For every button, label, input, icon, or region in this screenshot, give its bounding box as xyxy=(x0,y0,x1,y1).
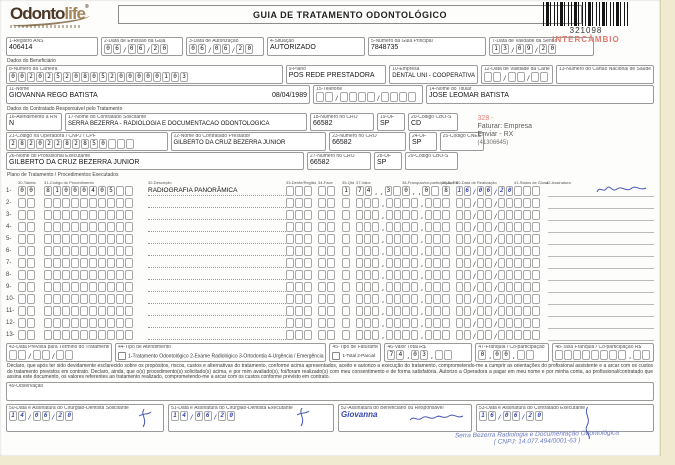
procedure-row: 1-0081000405RADIOGRAFIA PANORÂMICA174,,3… xyxy=(6,185,654,197)
top-fields-row: 1-Registro ANS 406414 2-Data de Emissão … xyxy=(6,37,594,56)
field-cro-solicitante: 18-Número no CRO 66582 xyxy=(310,113,374,131)
field-tipo-atendimento: 44-Tipo de Atendimento 1-Tratamento Odon… xyxy=(115,343,326,362)
assinatura-cell xyxy=(548,246,654,257)
field-cbo-solicitante: 20-Código CBO-S CD xyxy=(408,113,458,131)
field-uf-solicitante: 19-UF SP xyxy=(377,113,405,131)
field-uf-executante: 28-UF SP xyxy=(374,152,402,170)
col-franquia: 38-Franquia/co-participação R$ xyxy=(402,180,442,185)
field-nome-beneficiario: 11-Nome GIOVANNA REGO BATISTA08/04/1989 xyxy=(6,85,310,104)
section-beneficiario: Dados do Beneficiário xyxy=(7,58,653,64)
field-rn: 16-Atendimento a RN N xyxy=(6,113,62,131)
signatures-row: 50-Data e Assinatura do Cirurgião-Dentis… xyxy=(6,404,654,432)
field-titular: 14-Nome do Titular JOSE LEOMAR BATISTA xyxy=(426,85,654,104)
col-valor: 37-Valor xyxy=(356,180,402,185)
beneficiario-nome: GIOVANNA REGO BATISTA xyxy=(9,92,98,100)
form-title: GUIA DE TRATAMENTO ODONTOLÓGICO xyxy=(118,5,582,24)
assinatura-cell xyxy=(548,330,654,341)
field-solicitante: 17-Nome do Contratado Solicitante SERRA … xyxy=(65,113,307,131)
contratado-row-2: 21-Código na Operadora / CNPJ / CPF 2820… xyxy=(6,132,484,151)
field-cns: 13-Número do Cartão Nacional de Saúde xyxy=(556,65,654,84)
sig-dentista-executante: 51-Data e Assinatura do Cirurgião-Dentis… xyxy=(168,404,334,432)
col-descricao: 32-Descrição xyxy=(148,180,286,185)
procedure-row: 10-,,// xyxy=(6,293,654,305)
assinatura-cell xyxy=(548,294,654,305)
beneficiario-row-2: 11-Nome GIOVANNA REGO BATISTA08/04/1989 … xyxy=(6,85,654,104)
col-assinatura: 42-Assinatura xyxy=(546,180,571,185)
field-data-emissao: 2-Data de Emissão da Guia 06/06/20 xyxy=(101,37,183,56)
col-codigo: 31-Código do Procedimento xyxy=(44,180,148,185)
contratado-row-3: 26-Nome do Profissional Executante GILBE… xyxy=(6,152,458,170)
stamp-signature-icon xyxy=(579,405,598,441)
col-aut: 39-Aut. xyxy=(442,180,456,185)
barcode-number: 321098 xyxy=(540,26,632,35)
declaration-text: Declaro, que após ter sido devidamente e… xyxy=(7,364,653,381)
field-taxa-franquia: 48-Taxa Franquia / Co-participação R$ , xyxy=(552,343,654,362)
col-dente: 33-Dente/Região xyxy=(286,180,318,185)
field-validade-carteira: 12-Data de Validade da Carteira // xyxy=(481,65,553,84)
barcode-icon xyxy=(543,2,629,26)
contratado-row-1: 16-Atendimento a RN N 17-Nome do Contrat… xyxy=(6,113,458,131)
col-face: 34-Face xyxy=(318,180,342,185)
field-tipo-faturamento: 45-Tipo de Faturamento 1-Total 2-Parcial xyxy=(329,343,381,362)
tipo-faturamento-options: 1-Total 2-Parcial xyxy=(342,353,375,358)
assinatura-cell xyxy=(548,270,654,281)
field-situacao: 4-Situação AUTORIZADO xyxy=(267,37,365,56)
sig-dentista-solicitante: 50-Data e Assinatura do Cirurgião-Dentis… xyxy=(6,404,164,432)
field-numero-guia: 5-Número da Guia Principal 7848735 xyxy=(368,37,486,56)
odontolife-logo: Odontolife® xyxy=(10,4,130,28)
assinatura-cell xyxy=(548,282,654,293)
contratado-block: 328 - Faturar: Empresa Enviar - RX (4130… xyxy=(0,113,660,170)
procedures-table-body: 1-0081000405RADIOGRAFIA PANORÂMICA174,,3… xyxy=(0,185,660,341)
field-codigo-operadora: 21-Código na Operadora / CNPJ / CPF 2820… xyxy=(6,132,168,151)
section-contratado: Dados do Contratado Responsável pelo Tra… xyxy=(7,106,653,112)
beneficiario-nascimento: 08/04/1989 xyxy=(272,92,307,100)
intercambio-label: INTERCÂMBIO xyxy=(540,35,632,44)
procedures-table-header: 30-Tabela 31-Código do Procedimento 32-D… xyxy=(6,178,654,185)
procedure-row: 7-,,// xyxy=(6,257,654,269)
procedure-row: 8-,,// xyxy=(6,269,654,281)
field-data-autorizacao: 3-Data de Autorização 06/06/20 xyxy=(186,37,264,56)
procedure-row: 2-,,// xyxy=(6,197,654,209)
sig-beneficiario: 52-Assinatura do Beneficiário ou Respons… xyxy=(338,404,472,432)
field-uf-prestador: 24-UF SP xyxy=(409,132,437,151)
procedure-row: 4-,,// xyxy=(6,221,654,233)
field-plano: 9-Plano POS REDE PRESTADORA xyxy=(286,65,386,84)
signature-squiggle-icon xyxy=(137,407,157,429)
procedure-row: 11-,,// xyxy=(6,305,654,317)
tipo-atendimento-options: 1-Tratamento Odontológico 2-Exame Radiol… xyxy=(128,353,323,359)
signature-squiggle-icon xyxy=(409,413,467,425)
procedure-row: 9-,,// xyxy=(6,281,654,293)
procedure-row: 13-,,// xyxy=(6,329,654,341)
assinatura-cell xyxy=(548,306,654,317)
form-header: Odontolife® GUIA DE TRATAMENTO ODONTOLÓG… xyxy=(0,0,660,36)
field-franquia-total: 47-Franquia / Co-participação R$ 0,00, xyxy=(475,343,549,362)
field-observacao: 49-Observação xyxy=(6,382,654,401)
col-tabela: 30-Tabela xyxy=(18,180,44,185)
field-carteira: 8-Número da Carteira 0020252080520000010… xyxy=(6,65,283,84)
procedure-row: 6-,,// xyxy=(6,245,654,257)
field-empresa: 10-Empresa DENTAL UNI - COOPERATIVA xyxy=(389,65,478,84)
red-annotation: 328 - Faturar: Empresa Enviar - RX (4130… xyxy=(478,115,532,147)
col-status-glosa: 41-Status de Glosa xyxy=(514,180,546,185)
signature-squiggle-icon xyxy=(596,184,652,196)
procedure-row: 5-,,// xyxy=(6,233,654,245)
tipo-faturamento-checkbox xyxy=(332,352,340,360)
assinatura-cell xyxy=(548,258,654,269)
assinatura-cell xyxy=(548,234,654,245)
field-prestador: 22-Nome do Contratado Prestador GILBERTO… xyxy=(171,132,327,151)
field-executante: 26-Nome do Profissional Executante GILBE… xyxy=(6,152,304,170)
footer-fields-row: 43-Data Prevista para Término do Tratame… xyxy=(6,343,654,362)
field-cbo-executante: 29-Código CBO-S xyxy=(405,152,458,170)
procedure-row: 3-,,// xyxy=(6,209,654,221)
field-valor-total: 46-Valor Total R$ 74,03, xyxy=(384,343,472,362)
beneficiario-row-1: 8-Número da Carteira 0020252080520000010… xyxy=(6,65,654,84)
assinatura-cell xyxy=(548,318,654,329)
tipo-atendimento-checkbox xyxy=(118,352,126,360)
field-telefone: 15-Telefone // xyxy=(313,85,423,104)
barcode-block: 321098 INTERCÂMBIO xyxy=(540,2,632,44)
assinatura-cell xyxy=(548,198,654,209)
gto-form-page: Odontolife® GUIA DE TRATAMENTO ODONTOLÓG… xyxy=(0,0,661,456)
col-qtd: 35-Qtd xyxy=(342,180,356,185)
assinatura-cell xyxy=(548,222,654,233)
assinatura-cell xyxy=(548,186,654,197)
signature-squiggle-icon xyxy=(295,406,315,428)
assinatura-cell xyxy=(548,210,654,221)
field-registro-ans: 1-Registro ANS 406414 xyxy=(6,37,98,56)
field-data-termino: 43-Data Prevista para Término do Tratame… xyxy=(6,343,112,362)
procedure-row: 12-,,// xyxy=(6,317,654,329)
col-data-realizacao: 40-Data de Realização xyxy=(456,180,514,185)
field-cro-executante: 27-Número no CRO 66582 xyxy=(307,152,371,170)
field-cro-prestador: 23-Número no CRO 66582 xyxy=(329,132,406,151)
sig-contratado-executante: 53-Data e Assinatura do Contratado Execu… xyxy=(476,404,654,432)
